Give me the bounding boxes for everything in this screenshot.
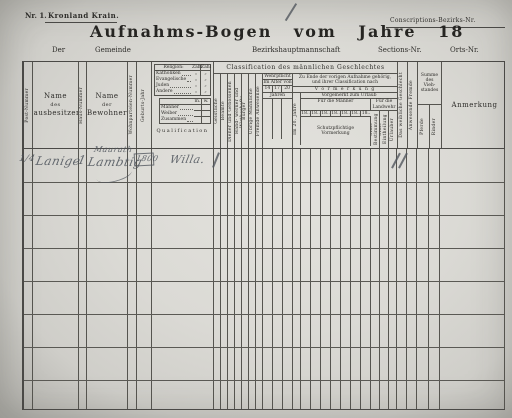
haus-nummer-label: Haus-Nummer (80, 87, 85, 124)
pferde-label: Pferde (421, 118, 426, 135)
kronland-label: Kronland Krain. (48, 12, 119, 21)
body-col (33, 149, 79, 409)
handwriting-religion: Willa. (169, 153, 206, 166)
col-header-hausbesitzer: Name des Hausbesitzers (33, 62, 79, 148)
row-divider (24, 215, 504, 216)
body-col (440, 149, 505, 409)
qualification-label: Qualification (153, 128, 212, 134)
body-col (235, 149, 242, 409)
landwehr-label: Für die Landwehr (371, 99, 397, 109)
anmerkung-label: Anmerkung (452, 101, 498, 110)
handwritten-checkmark (285, 3, 297, 21)
religion-box: Religion: Zahl Zahl Katholiken „ „ Evang… (154, 64, 211, 96)
body-col (283, 149, 293, 409)
scanned-form-page: Nr. 1. Kronland Krain. Conscriptions-Bez… (0, 0, 512, 418)
body-col (311, 149, 321, 409)
body-col (242, 149, 249, 409)
table-header: Post-Nummer Name des Hausbesitzers Haus-… (24, 62, 504, 149)
body-col (371, 149, 380, 409)
classification-banner: Classification des männlichen Geschlecht… (214, 62, 397, 74)
body-col (249, 149, 256, 409)
row-divider (24, 314, 504, 315)
col-header-haus-nummer: Haus-Nummer (79, 62, 87, 148)
body-col (397, 149, 407, 409)
body-col (429, 149, 440, 409)
form-number-label: Nr. 1. (25, 12, 47, 21)
anzahl-w: w. (202, 99, 210, 104)
body-col (341, 149, 351, 409)
occupation-col: Diener und Genossenen (228, 74, 235, 148)
hausbesitzer-label-1: Name (33, 91, 79, 102)
viehstand-section: Summe des Vieh- standes Pferde Rinder (418, 62, 442, 148)
weiblich-label: Das weibliche Geschlecht (400, 72, 405, 138)
post-nummer-label: Post-Nummer (26, 88, 31, 123)
body-col (214, 149, 221, 409)
occupation-col: Grundbesitzer, Künstler, Hand- werker un… (235, 74, 242, 148)
bezirkshauptmannschaft-label: Bezirkshauptmannschaft (252, 46, 340, 55)
body-col (351, 149, 361, 409)
der-label: Der (52, 46, 65, 55)
gemeinde-label: Gemeinde (95, 46, 131, 55)
body-col (128, 149, 137, 409)
religion-zahl-w: Zahl (201, 65, 210, 70)
bewohner-label-1: Name (87, 91, 127, 102)
occupation-col: Übrige Männliche (249, 74, 256, 148)
anzahl-row: Zusammen (160, 117, 210, 123)
hausbesitzer-label-3: Hausbesitzers (33, 108, 79, 119)
rinder-label: Rinder (433, 118, 438, 135)
orts-nr-label: Orts-Nr. (450, 46, 479, 55)
body-col (228, 149, 235, 409)
body-col (417, 149, 429, 409)
body-col (331, 149, 341, 409)
bewohner-label-3: Bewohner (87, 108, 127, 119)
body-col (137, 149, 152, 409)
row-divider (24, 281, 504, 282)
handwriting-post-nr: 1/4 (18, 154, 36, 164)
body-col (87, 149, 128, 409)
col-header-weiblich: Das weibliche Geschlecht (398, 62, 408, 148)
body-col (221, 149, 228, 409)
age-box: Wehrpflicht Im Alter von 14 17 20 Jahren (263, 74, 293, 148)
geburtsjahr-label: Geburts-Jahr (142, 89, 147, 122)
col-header-anmerkung: Anmerkung (442, 62, 507, 148)
religion-section: Religion: Zahl Zahl Katholiken „ „ Evang… (152, 62, 214, 148)
anzahl-m: m. (194, 99, 202, 104)
maenner-label: Für die Männer (301, 99, 371, 109)
col-header-wohnparteien: Wohnparteien-Nummer (128, 62, 137, 148)
body-col (152, 149, 214, 409)
body-col (273, 149, 283, 409)
row-divider (24, 248, 504, 249)
row-divider (24, 347, 504, 348)
body-col (361, 149, 371, 409)
landwehr-rotated-cols: Ohne Bestimmung Ohne Eintheilung Urlaube… (371, 111, 397, 148)
occupation-col: Geistliche (214, 74, 221, 148)
occupation-col: Beamte (221, 74, 228, 148)
religion-row: Andere „ „ (155, 89, 210, 95)
body-col (79, 149, 87, 409)
fremde-label: Anwesende Fremde (410, 80, 415, 130)
row-divider (24, 380, 504, 381)
body-col (24, 149, 33, 409)
sections-nr-label: Sections-Nr. (378, 46, 422, 55)
form-title: Aufnahms-Bogen vom Jahre 18 (90, 22, 430, 41)
handwriting-hausbesitzer: Lanige (35, 154, 82, 168)
handwriting-geburtsjahr: 1800 (135, 154, 159, 163)
occupation-col: Fremde Anwesende (256, 74, 263, 148)
handwriting-bewohner-line1: Maurath (93, 145, 133, 154)
col-header-bewohner: Name der Bewohner (87, 62, 128, 148)
body-col (321, 149, 331, 409)
schutzpflicht-label: Schutzpflichtige Vormerkung (301, 117, 371, 146)
vormerkung-rotated-left: Im 20. Jahre (293, 93, 301, 145)
body-col (263, 149, 273, 409)
row-divider (24, 182, 504, 183)
religion-zahl-m: Zahl (192, 65, 201, 70)
religion-title: Religion: (155, 65, 192, 70)
occupation-col: Bürger (242, 74, 249, 148)
census-table: Post-Nummer Name des Hausbesitzers Haus-… (22, 61, 505, 410)
body-col (256, 149, 263, 409)
wohnparteien-label: Wohnparteien-Nummer (130, 75, 135, 134)
vormerkung-top-note: Zu Ende der vorigen Aufnahme gehörig, un… (293, 74, 397, 87)
col-header-geburtsjahr: Geburts-Jahr (137, 62, 152, 148)
body-col (380, 149, 389, 409)
table-body (24, 149, 504, 409)
anzahl-box: m. w. Männer Weiber (159, 98, 211, 124)
col-header-fremde: Anwesende Fremde (408, 62, 418, 148)
body-col (389, 149, 397, 409)
body-col (407, 149, 417, 409)
col-header-post-nummer: Post-Nummer (24, 62, 33, 148)
classification-section: Classification des männlichen Geschlecht… (214, 62, 398, 148)
viehstand-title: Summe des Vieh- standes (418, 62, 441, 105)
body-col (293, 149, 301, 409)
vormerkung-box: Zu Ende der vorigen Aufnahme gehörig, un… (293, 74, 397, 148)
body-col (301, 149, 311, 409)
